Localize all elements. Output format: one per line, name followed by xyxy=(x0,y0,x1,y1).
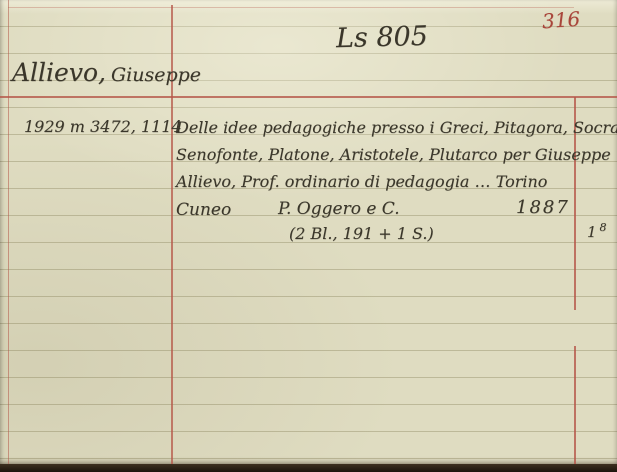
imprint-year: 1887 xyxy=(516,197,570,218)
card-bottom-edge-shadow xyxy=(0,464,617,472)
author-forename: Giuseppe xyxy=(111,64,201,86)
imprint-publisher: P. Oggero e C. xyxy=(278,199,400,219)
author-surname: Allievo, xyxy=(12,58,106,87)
title-line-3: Allievo, Prof. ordinario di pedagogia … … xyxy=(176,172,547,191)
title-line-2: Senofonte, Platone, Aristotele, Plutarco… xyxy=(176,145,611,164)
red-rule-horizontal-header xyxy=(0,96,617,98)
copies-count: 1 xyxy=(587,223,597,241)
format-octavo: 8 xyxy=(600,221,607,234)
accession-number: 1929 m 3472, 1114 xyxy=(24,117,182,136)
shelfmark: Ls 805 xyxy=(336,21,429,54)
red-rule-horizontal-top xyxy=(8,7,574,8)
author-heading: Allievo,Giuseppe xyxy=(12,58,201,87)
collation-note: (2 Bl., 191 + 1 S.) xyxy=(289,224,434,243)
red-rule-vertical-right-lower xyxy=(574,346,576,465)
catalog-card: Ls 805 316 Allievo,Giuseppe 1929 m 3472,… xyxy=(0,0,617,465)
title-line-1: Delle idee pedagogiche presso i Greci, P… xyxy=(176,118,617,137)
copies-format-note: 18 xyxy=(587,221,607,241)
red-rule-vertical-left-margin xyxy=(8,0,9,465)
imprint-place: Cuneo xyxy=(176,200,231,220)
card-number-pencil: 316 xyxy=(541,7,581,34)
